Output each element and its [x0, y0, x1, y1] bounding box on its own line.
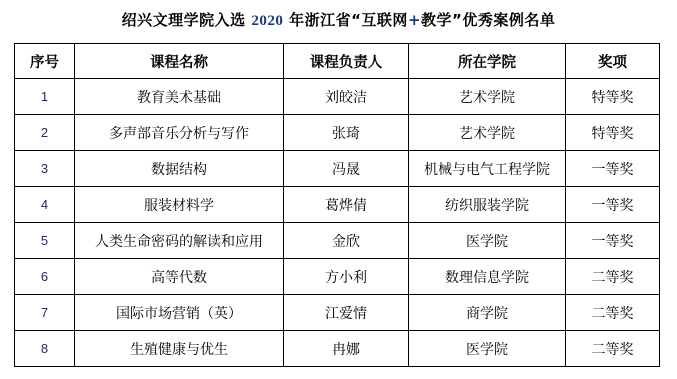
cell-course-name: 服装材料学 [75, 187, 284, 223]
cell-college: 纺织服装学院 [409, 187, 566, 223]
cell-course-lead: 江爱情 [284, 295, 409, 331]
table-row: 2 多声部音乐分析与写作 张琦 艺术学院 特等奖 [15, 115, 660, 151]
cell-course-lead: 方小利 [284, 259, 409, 295]
cell-award: 一等奖 [566, 223, 660, 259]
cell-course-name: 生殖健康与优生 [75, 331, 284, 367]
cell-college: 医学院 [409, 223, 566, 259]
cell-number: 6 [15, 259, 75, 295]
cell-college: 艺术学院 [409, 115, 566, 151]
title-year: 2020 [251, 13, 283, 29]
cell-number: 2 [15, 115, 75, 151]
title-middle: 年浙江省“互联网 [283, 11, 408, 29]
cell-college: 商学院 [409, 295, 566, 331]
cell-course-name: 高等代数 [75, 259, 284, 295]
cell-course-name: 人类生命密码的解读和应用 [75, 223, 284, 259]
header-number: 序号 [15, 44, 75, 79]
cell-course-lead: 冉娜 [284, 331, 409, 367]
document-title: 绍兴文理学院入选 2020 年浙江省“互联网+教学”优秀案例名单 [0, 10, 677, 31]
table-header-row: 序号 课程名称 课程负责人 所在学院 奖项 [15, 44, 660, 79]
cell-award: 特等奖 [566, 79, 660, 115]
title-suffix: 教学”优秀案例名单 [421, 11, 555, 29]
cell-award: 二等奖 [566, 259, 660, 295]
header-award: 奖项 [566, 44, 660, 79]
header-course-name: 课程名称 [75, 44, 284, 79]
table-row: 1 教育美术基础 刘皎洁 艺术学院 特等奖 [15, 79, 660, 115]
table-row: 4 服装材料学 葛烨倩 纺织服装学院 一等奖 [15, 187, 660, 223]
title-prefix: 绍兴文理学院入选 [122, 11, 252, 29]
header-college: 所在学院 [409, 44, 566, 79]
cell-course-name: 多声部音乐分析与写作 [75, 115, 284, 151]
title-plus: + [408, 11, 421, 29]
cell-award: 二等奖 [566, 295, 660, 331]
table-row: 8 生殖健康与优生 冉娜 医学院 二等奖 [15, 331, 660, 367]
cell-course-name: 数据结构 [75, 151, 284, 187]
cell-number: 8 [15, 331, 75, 367]
table-row: 6 高等代数 方小利 数理信息学院 二等奖 [15, 259, 660, 295]
cell-college: 医学院 [409, 331, 566, 367]
cell-course-lead: 金欣 [284, 223, 409, 259]
header-course-lead: 课程负责人 [284, 44, 409, 79]
cell-course-lead: 刘皎洁 [284, 79, 409, 115]
cell-college: 机械与电气工程学院 [409, 151, 566, 187]
cell-number: 7 [15, 295, 75, 331]
cell-course-lead: 冯晟 [284, 151, 409, 187]
cell-award: 一等奖 [566, 187, 660, 223]
cell-number: 5 [15, 223, 75, 259]
cell-award: 一等奖 [566, 151, 660, 187]
cell-college: 艺术学院 [409, 79, 566, 115]
cell-course-lead: 张琦 [284, 115, 409, 151]
table-row: 3 数据结构 冯晟 机械与电气工程学院 一等奖 [15, 151, 660, 187]
cell-course-lead: 葛烨倩 [284, 187, 409, 223]
cell-course-name: 国际市场营销（英） [75, 295, 284, 331]
cell-number: 4 [15, 187, 75, 223]
cell-award: 二等奖 [566, 331, 660, 367]
award-list-table: 序号 课程名称 课程负责人 所在学院 奖项 1 教育美术基础 刘皎洁 艺术学院 … [14, 43, 660, 367]
cell-course-name: 教育美术基础 [75, 79, 284, 115]
table-row: 7 国际市场营销（英） 江爱情 商学院 二等奖 [15, 295, 660, 331]
cell-number: 1 [15, 79, 75, 115]
cell-award: 特等奖 [566, 115, 660, 151]
table-row: 5 人类生命密码的解读和应用 金欣 医学院 一等奖 [15, 223, 660, 259]
cell-college: 数理信息学院 [409, 259, 566, 295]
cell-number: 3 [15, 151, 75, 187]
